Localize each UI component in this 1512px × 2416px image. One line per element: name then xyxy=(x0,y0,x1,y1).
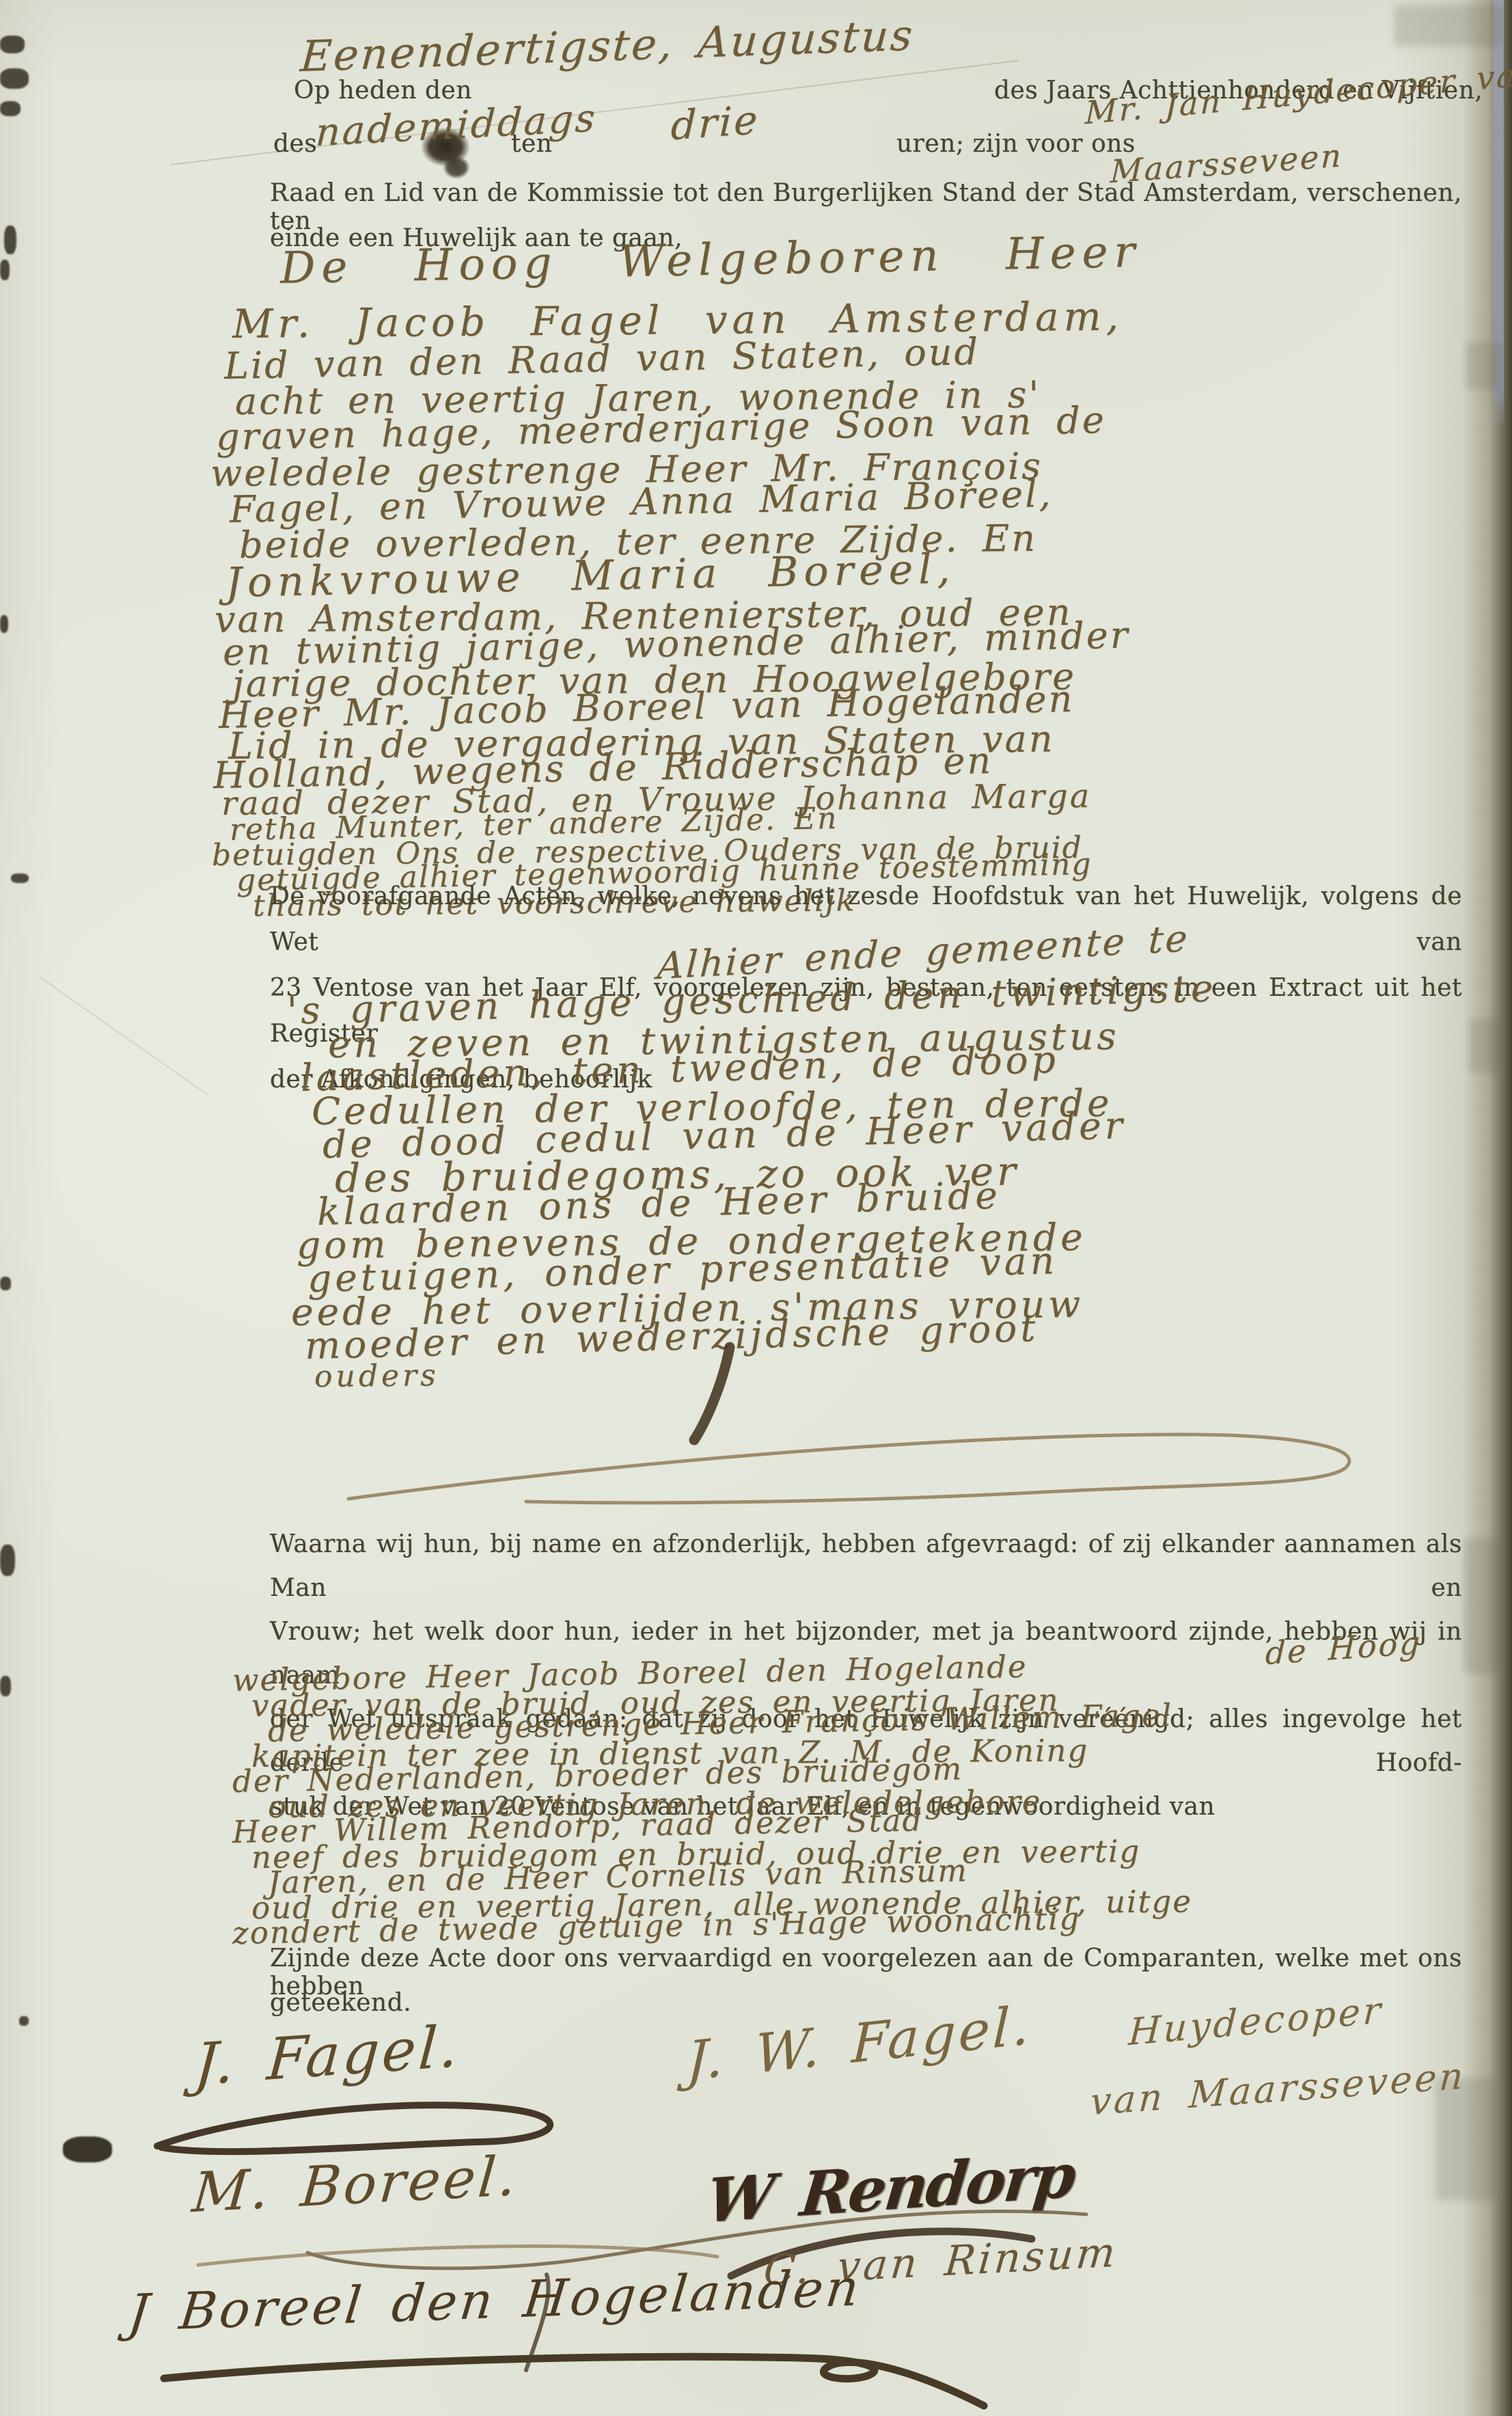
margin-ink-mark xyxy=(0,1277,11,1290)
ghost-text-smudge xyxy=(1466,342,1503,390)
ink-blot xyxy=(443,156,470,179)
ink-blot-mark xyxy=(63,2136,112,2162)
closing-swirl-flourish xyxy=(321,1418,1387,1514)
margin-ink-mark xyxy=(0,101,20,116)
signature-jw-fagel: J. W. Fagel. xyxy=(685,1994,1032,2093)
handwritten-witnesses-section: welgebore Heer Jacob Boreel den Hogeland… xyxy=(232,1668,1476,1946)
handwritten-hour: drie xyxy=(670,96,760,149)
paper-crease xyxy=(40,977,209,1096)
handwritten-date: Eenendertigste, Augustus xyxy=(299,10,916,82)
margin-ink-mark xyxy=(0,260,10,280)
printed-closing-line: Zijnde deze Acte door ons vervaardigd en… xyxy=(270,1944,1462,2000)
margin-ink-mark xyxy=(11,873,29,883)
margin-ink-mark xyxy=(0,1676,11,1696)
printed-daypart-prefix: des xyxy=(273,130,317,158)
signature-huydecoper-line2: van Maarsseveen xyxy=(1089,2054,1468,2123)
margin-ink-mark xyxy=(0,615,8,633)
handwritten-parties-section: De Hoog Welgeboren HeerMr. Jacob Fagel v… xyxy=(205,238,1462,919)
margin-ink-mark xyxy=(4,226,16,254)
printed-hour-prefix: ten xyxy=(511,130,552,158)
printed-date-prefix: Op heden den xyxy=(294,77,472,105)
margin-ink-mark xyxy=(0,1545,15,1576)
handwritten-acts-details-section: 's graven hage geschied den twintigsteen… xyxy=(287,994,1476,1392)
printed-signed-word: geteekend. xyxy=(270,1989,411,2017)
ghost-text-smudge xyxy=(1394,5,1503,46)
handwritten-daypart: nademiddags xyxy=(314,96,598,155)
handwritten-official-name-line1: Mr. Jan Huydecoper van xyxy=(1085,55,1512,131)
margin-ink-mark xyxy=(0,36,25,53)
printed-official-prefix: uren; zijn voor ons xyxy=(896,130,1136,158)
signature-hogelanden-flourish xyxy=(102,2234,1073,2415)
margin-ink-mark xyxy=(0,68,29,89)
marriage-act-page: Op heden den Eenendertigste, Augustus de… xyxy=(0,0,1512,2416)
text-line: Waarna wij hun, bij name en afzonderlijk… xyxy=(270,1523,1462,1610)
margin-ink-mark xyxy=(19,2016,29,2026)
